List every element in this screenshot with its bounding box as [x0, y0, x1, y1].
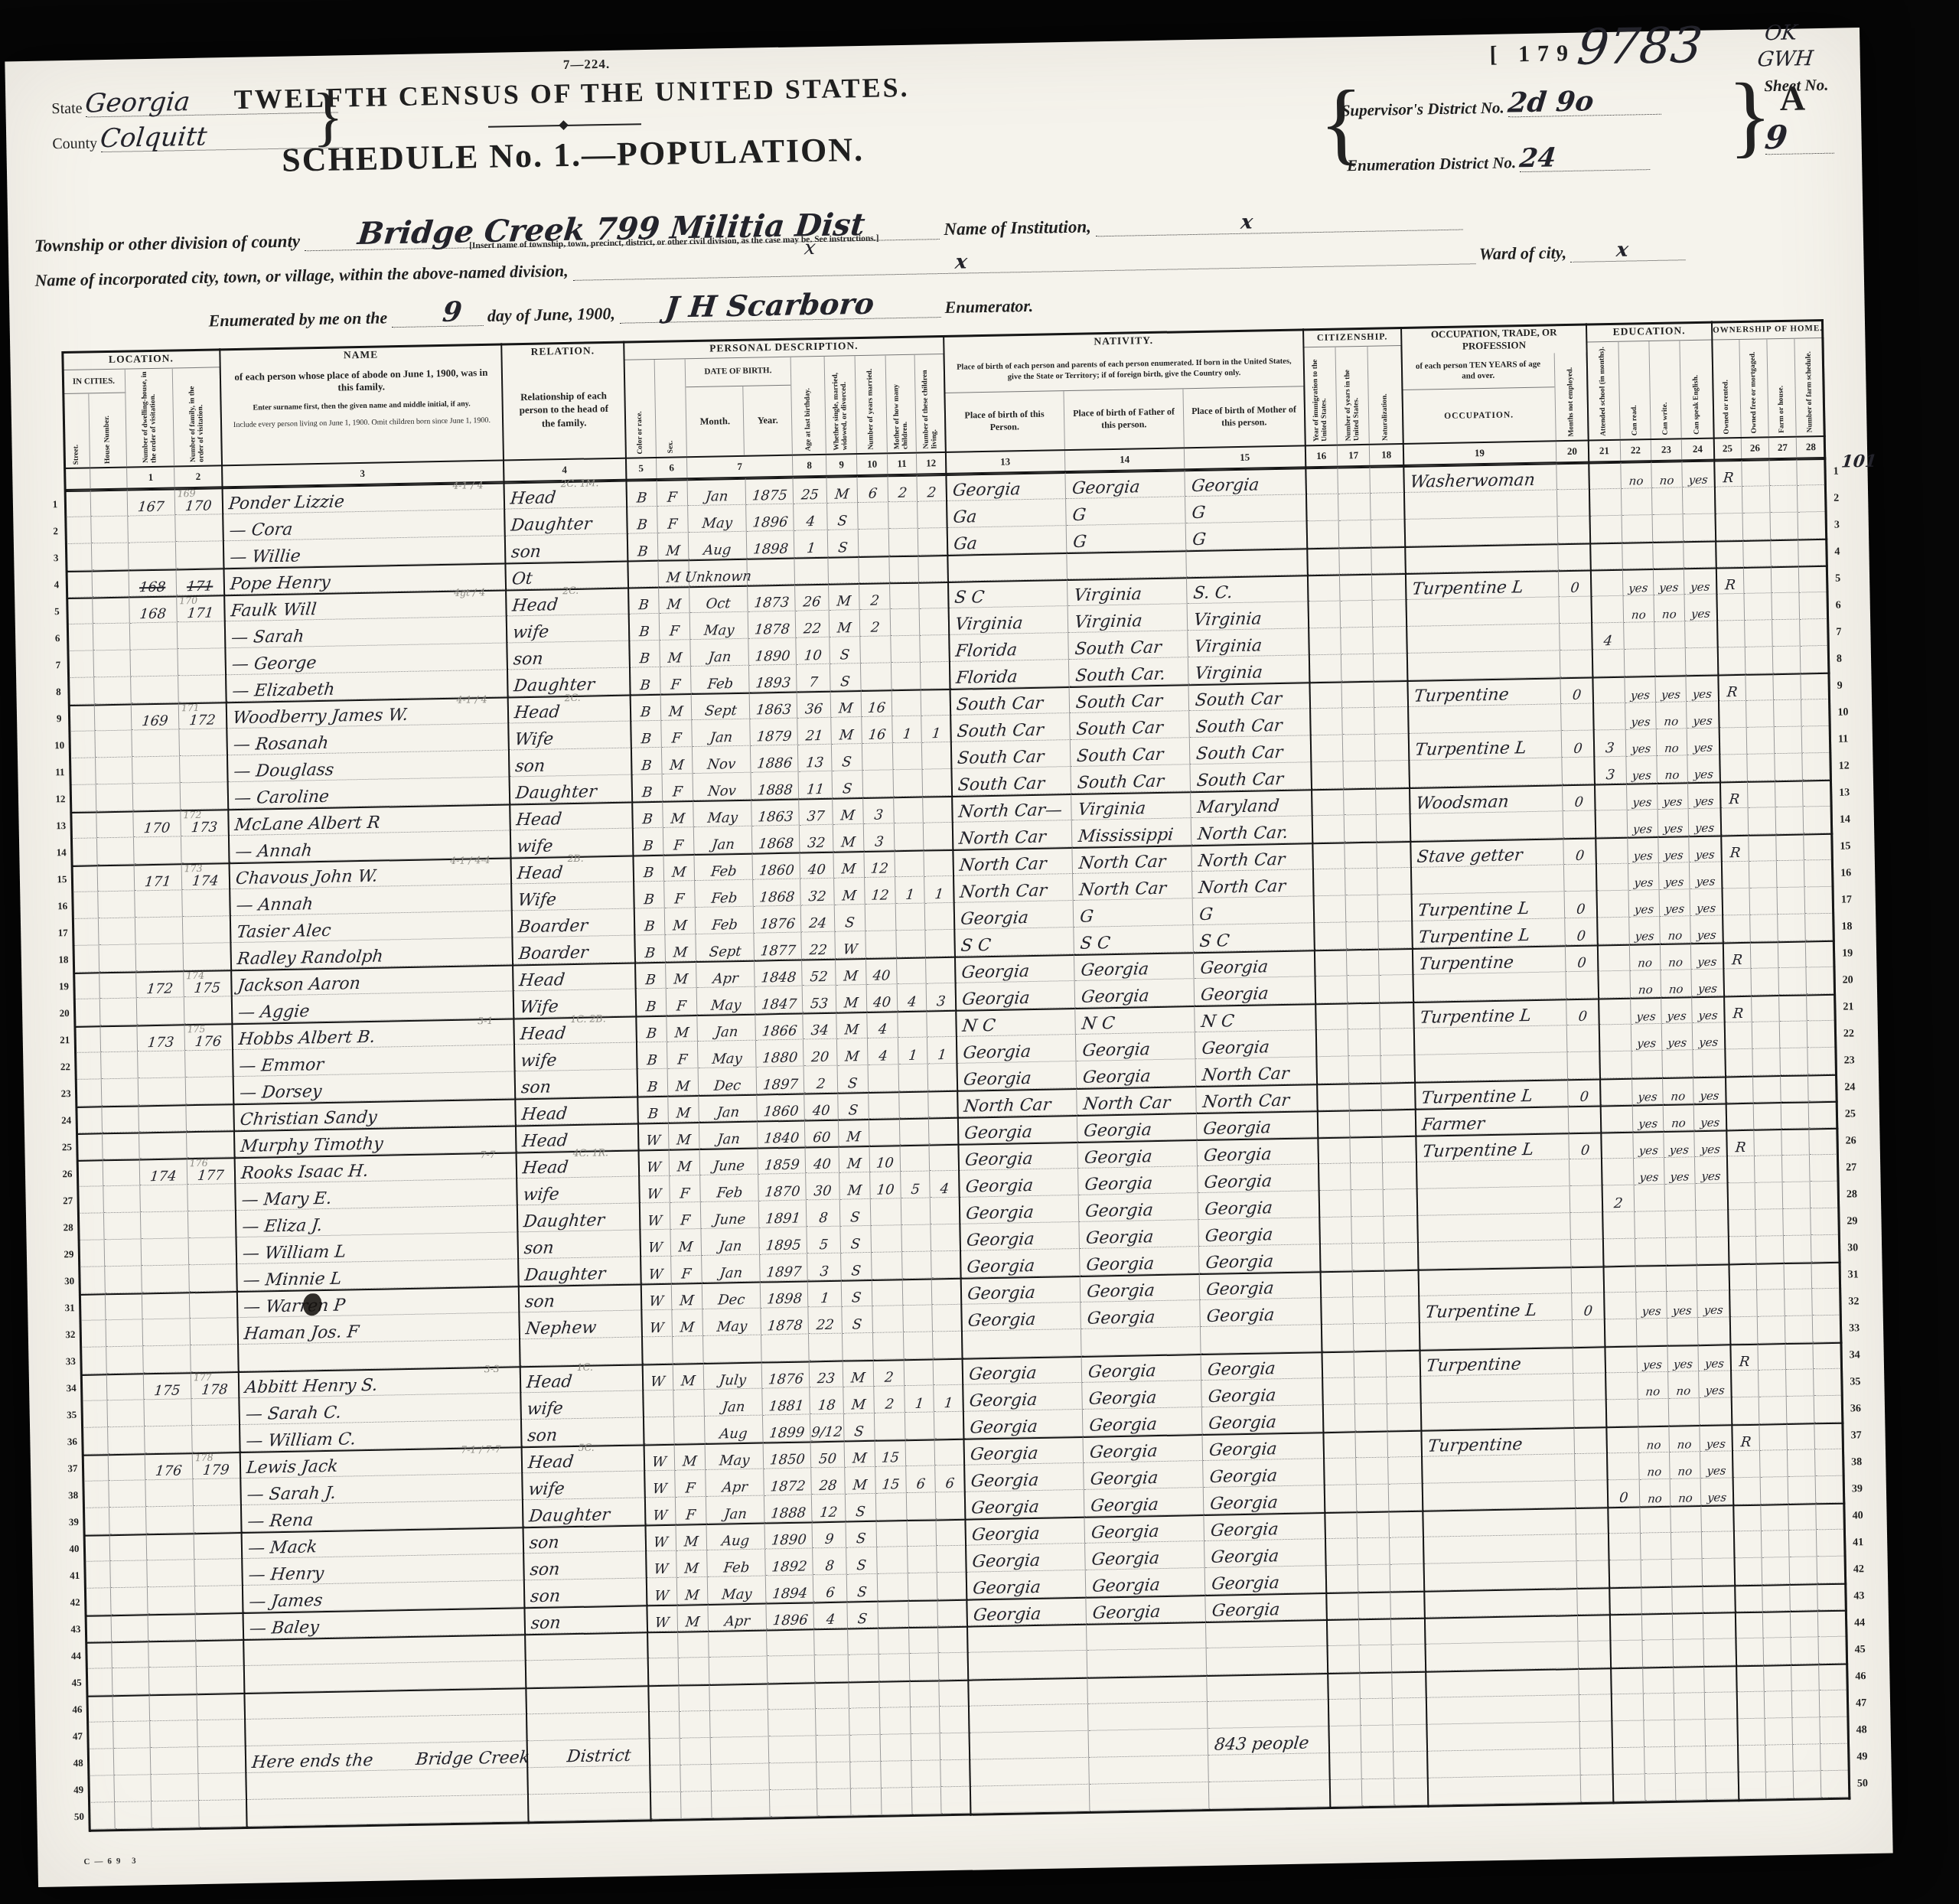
cell-owned-free-mortgaged	[1761, 1477, 1789, 1505]
cell-attended-school	[1602, 1159, 1635, 1186]
cell-sex: M	[673, 1363, 705, 1391]
cell-owned-rented: R	[1724, 996, 1752, 1023]
cell-can-speak-english: yes	[1699, 1371, 1732, 1398]
cell-birthplace-father: Georgia	[1084, 1488, 1204, 1517]
cell-birthplace-mother: Georgia	[1201, 1351, 1323, 1381]
cell-years-in-us	[1338, 494, 1371, 521]
cell-months-not-employed: 0	[1572, 1293, 1605, 1320]
cell-birth-month: Apr	[708, 1603, 767, 1631]
cell-can-read	[1635, 1185, 1666, 1212]
column-number: 1	[127, 467, 174, 487]
cell-farm-house	[1773, 673, 1801, 701]
row-number-right: 21	[1836, 993, 1863, 1021]
cell-can-write	[1662, 1050, 1693, 1078]
cell-birthplace-father: Georgia	[1076, 1032, 1196, 1061]
cell-can-read: yes	[1625, 676, 1656, 703]
cell-years-married: 3	[864, 823, 895, 851]
cell-street	[65, 490, 92, 517]
cell-farm-schedule	[1799, 566, 1829, 593]
cell-sex: M	[658, 533, 689, 560]
cell-birth-year: 1896	[746, 504, 794, 532]
row-number-left: 45	[67, 1669, 87, 1696]
cell-owned-free-mortgaged	[1756, 1236, 1785, 1263]
cell-birthplace-mother: Georgia	[1198, 1164, 1319, 1193]
cell-months-not-employed: 0	[1565, 918, 1598, 945]
cell-immigration-year	[1313, 869, 1346, 896]
cell-children-living	[939, 1680, 969, 1707]
cell-owned-free-mortgaged	[1746, 700, 1775, 728]
cell-can-write: yes	[1659, 862, 1690, 890]
cell-can-read: yes	[1623, 569, 1654, 596]
cell-months-not-employed: 0	[1560, 677, 1593, 705]
pencil-note: 1C. 2B.	[570, 1012, 605, 1025]
cell-street	[67, 597, 93, 624]
cell-sex: F	[657, 506, 689, 533]
cell-birthplace-person: South Car	[950, 713, 1071, 742]
cell-farm-house	[1783, 1208, 1811, 1236]
cell-years-married	[871, 1198, 902, 1226]
cell-dwelling-number	[131, 676, 179, 703]
cell-immigration-year	[1318, 1136, 1351, 1164]
cell-birthplace-mother: Georgia	[1200, 1271, 1322, 1300]
cell-can-write	[1676, 1773, 1707, 1801]
cell-months-not-employed	[1580, 1748, 1613, 1775]
cell-age: 2	[804, 1066, 839, 1094]
cell-months-not-employed	[1567, 1051, 1600, 1079]
row-number-right: 50	[1850, 1770, 1877, 1798]
cell-can-read: yes	[1631, 997, 1662, 1025]
row-number-right: 48	[1849, 1717, 1876, 1744]
cell-marital-status: S	[846, 1494, 877, 1521]
cell-birth-month: June	[700, 1148, 759, 1175]
cell-naturalization	[1392, 1645, 1426, 1672]
cell-can-write: no	[1656, 702, 1687, 729]
cell-birth-year: 1888	[764, 1495, 813, 1522]
cell-children-living	[938, 1626, 968, 1654]
cell-years-married: 6	[857, 475, 888, 503]
cell-occupation	[1411, 865, 1565, 895]
cell-birth-year: 1890	[764, 1521, 813, 1549]
cell-farm-house	[1775, 781, 1804, 808]
cell-mother-of-children: 1	[892, 716, 922, 744]
cell-naturalization	[1389, 1484, 1423, 1511]
cell-birth-month: Jan	[702, 1255, 761, 1283]
cell-can-read: yes	[1628, 863, 1660, 891]
cell-owned-free-mortgaged	[1759, 1370, 1787, 1397]
cell-birth-month: May	[688, 505, 747, 533]
cell-sex: F	[676, 1497, 707, 1524]
cell-farm-schedule	[1821, 1771, 1851, 1798]
cell-can-speak-english: yes	[1689, 835, 1722, 862]
cell-farm-schedule	[1820, 1717, 1850, 1745]
cell-years-in-us	[1345, 815, 1377, 843]
cell-dwelling-number	[134, 836, 182, 864]
cell-children-living	[937, 1573, 967, 1600]
cell-can-read: yes	[1631, 1024, 1663, 1051]
row-number-left: 25	[57, 1133, 77, 1160]
row-number-right: 41	[1846, 1529, 1873, 1557]
cell-owned-rented	[1716, 513, 1744, 541]
row-number-left: 5	[47, 598, 67, 624]
cell-children-living	[922, 742, 952, 770]
cell-mother-of-children	[908, 1573, 938, 1600]
cell-attended-school	[1609, 1587, 1642, 1615]
row-number-right: 42	[1847, 1556, 1873, 1583]
cell-farm-house	[1778, 967, 1807, 995]
cell-sex	[680, 1738, 712, 1765]
cell-farm-house	[1778, 887, 1806, 915]
cell-farm-schedule	[1798, 485, 1827, 513]
cell-can-write	[1667, 1318, 1699, 1345]
cell-children-living	[931, 1198, 960, 1225]
cell-family-number	[197, 1693, 245, 1720]
county-value: Colquitt	[99, 124, 208, 152]
cell-farm-schedule	[1805, 887, 1835, 915]
cell-years-in-us	[1357, 1511, 1390, 1539]
cell-marital-status: M	[843, 1360, 875, 1387]
cell-birth-year: 1895	[759, 1227, 807, 1254]
cell-occupation	[1414, 1052, 1568, 1082]
cell-can-read	[1622, 515, 1654, 543]
cell-age: 50	[811, 1441, 846, 1469]
cell-birth-month: Jan	[687, 478, 746, 506]
cell-owned-free-mortgaged	[1758, 1343, 1786, 1371]
cell-family-number	[176, 541, 224, 569]
cell-farm-schedule	[1815, 1449, 1845, 1477]
cell-mother-of-children	[891, 663, 921, 690]
cell-relation: Wife	[511, 882, 634, 911]
pencil-note: 176	[190, 1157, 208, 1169]
cell-months-not-employed: 0	[1562, 731, 1595, 758]
column-number: 12	[917, 453, 946, 474]
cell-farm-house	[1788, 1503, 1817, 1531]
cell-attended-school	[1607, 1453, 1640, 1481]
cell-can-read: no	[1639, 1452, 1671, 1480]
cell-years-in-us	[1339, 547, 1372, 575]
cell-immigration-year	[1318, 1163, 1351, 1191]
cell-owned-free-mortgaged	[1764, 1664, 1792, 1692]
cell-family-number	[198, 1773, 246, 1801]
cell-street	[77, 1133, 103, 1160]
cell-birthplace-mother: Georgia	[1202, 1432, 1324, 1461]
cell-house-number	[101, 1051, 139, 1079]
cell-age: 3	[807, 1254, 842, 1281]
cell-owned-rented	[1722, 862, 1750, 889]
row-number-right: 47	[1849, 1690, 1876, 1717]
cell-mother-of-children	[905, 1412, 935, 1439]
cell-marital-status: S	[846, 1547, 878, 1575]
cell-children-living: 1	[927, 1037, 957, 1064]
cell-mother-of-children	[893, 743, 923, 771]
cell-attended-school	[1592, 650, 1625, 677]
cell-birthplace-person: Georgia	[954, 901, 1074, 930]
cell-house-number	[100, 998, 138, 1025]
cell-immigration-year	[1319, 1190, 1352, 1218]
cell-can-write: no	[1657, 755, 1688, 783]
cell-naturalization	[1393, 1752, 1428, 1779]
row-number-left: 23	[56, 1080, 77, 1107]
cell-occupation	[1407, 597, 1560, 627]
cell-family-number: 178177	[191, 1371, 240, 1399]
cell-dwelling-number	[140, 1185, 188, 1212]
cell-color-race	[649, 1712, 680, 1739]
cell-birthplace-person: Georgia	[946, 472, 1066, 501]
cell-dwelling-number	[135, 917, 184, 944]
column-dwelling: Number of dwelling-house, in the order o…	[125, 368, 174, 466]
column-can-write: Can write.	[1649, 341, 1681, 439]
cell-birth-month: Feb	[695, 880, 754, 908]
cell-immigration-year	[1322, 1351, 1355, 1378]
cell-attended-school	[1611, 1641, 1644, 1668]
cell-sex	[679, 1658, 710, 1685]
row-number-right: 34	[1842, 1342, 1869, 1369]
cell-family-number	[181, 782, 229, 810]
cell-occupation	[1405, 517, 1559, 546]
cell-birthplace-mother: Georgia	[1195, 1030, 1317, 1059]
cell-sex: M	[677, 1604, 709, 1632]
group-name: NAME of each person whose place of abode…	[220, 344, 504, 465]
cell-marital-status: M	[845, 1440, 876, 1468]
cell-street	[67, 650, 94, 678]
cell-marital-status: M	[831, 690, 862, 718]
cell-naturalization	[1386, 1323, 1420, 1351]
cell-sex	[674, 1417, 706, 1444]
cell-color-race: B	[629, 641, 660, 668]
sheet-label: Sheet No.	[1764, 76, 1828, 96]
cell-dwelling-number	[147, 1533, 195, 1560]
cell-birth-month: Dec	[699, 1068, 758, 1095]
cell-farm-schedule	[1813, 1342, 1843, 1370]
cell-attended-school	[1606, 1426, 1639, 1454]
cell-family-number: 175174	[184, 970, 232, 997]
cell-occupation	[1413, 972, 1567, 1002]
cell-birthplace-mother: Georgia	[1203, 1459, 1325, 1488]
cell-house-number	[109, 1453, 146, 1481]
pencil-note: 4gt / 4	[454, 586, 485, 598]
cell-mother-of-children	[909, 1626, 939, 1654]
cell-mother-of-children	[901, 1224, 931, 1252]
cell-birth-year: 1868	[753, 879, 801, 907]
cell-house-number	[98, 891, 135, 918]
cell-immigration-year	[1305, 468, 1338, 495]
cell-sex: F	[663, 827, 695, 855]
cell-marital-status: M	[836, 985, 868, 1012]
cell-attended-school	[1608, 1507, 1641, 1534]
row-number-left: 1	[45, 491, 66, 517]
cell-can-read	[1622, 488, 1653, 516]
cell-months-not-employed	[1566, 971, 1599, 999]
cell-can-read: yes	[1627, 783, 1658, 810]
cell-can-read: no	[1623, 595, 1654, 623]
cell-immigration-year	[1322, 1324, 1354, 1351]
cell-age: 25	[793, 477, 827, 504]
cell-mother-of-children	[897, 957, 927, 985]
cell-birth-month: Dec	[702, 1282, 761, 1309]
cell-months-not-employed: 0	[1563, 837, 1596, 865]
cell-marital-status: S	[840, 1199, 872, 1227]
cell-farm-house	[1776, 807, 1804, 835]
cell-birthplace-father: Georgia	[1074, 952, 1195, 981]
cell-sex: M	[663, 854, 695, 882]
cell-farm-house	[1791, 1664, 1820, 1691]
cell-years-in-us	[1346, 922, 1379, 950]
cell-marital-status	[849, 1655, 880, 1682]
row-number-left: 7	[47, 651, 68, 678]
cell-can-read	[1644, 1747, 1676, 1775]
cell-birth-year: 1896	[766, 1602, 814, 1629]
cell-can-speak-english: yes	[1695, 1156, 1728, 1184]
row-number-right: 8	[1830, 645, 1856, 673]
cell-owned-free-mortgaged	[1744, 566, 1772, 594]
cell-naturalization	[1385, 1296, 1420, 1324]
cell-sex	[680, 1711, 711, 1739]
cell-color-race: W	[647, 1578, 678, 1606]
cell-birth-month: Feb	[700, 1175, 759, 1202]
row-number-left: 21	[54, 1026, 75, 1053]
cell-color-race: W	[646, 1551, 677, 1579]
cell-age: 52	[802, 959, 836, 986]
cell-relation: Head4C. 1R.	[517, 1149, 640, 1179]
cell-house-number	[107, 1373, 145, 1400]
cell-mother-of-children	[896, 904, 926, 931]
margin-note: 101	[1840, 453, 1877, 471]
row-number-left: 39	[64, 1508, 84, 1535]
cell-mother-of-children	[891, 636, 921, 663]
cell-occupation	[1421, 1400, 1575, 1430]
cell-age: 40	[800, 852, 834, 879]
cell-owned-rented	[1723, 969, 1752, 996]
row-number-left: 44	[66, 1642, 86, 1669]
column-number: 20	[1556, 442, 1589, 462]
cell-months-not-employed	[1560, 597, 1592, 624]
cell-occupation: Turpentine	[1421, 1427, 1575, 1457]
cell-years-in-us	[1348, 976, 1380, 1003]
cell-owned-rented	[1729, 1237, 1757, 1264]
cell-years-married: 2	[859, 582, 891, 610]
cell-owned-free-mortgaged	[1750, 915, 1778, 942]
cell-birth-month: Unknown	[689, 559, 748, 586]
township-label: Township or other division of county	[34, 231, 301, 255]
column-number: 16	[1305, 446, 1338, 467]
cell-years-in-us	[1342, 708, 1375, 735]
cell-birthplace-person: Georgia	[964, 1436, 1084, 1465]
cell-years-in-us	[1360, 1672, 1393, 1700]
cell-immigration-year	[1329, 1752, 1362, 1780]
cell-family-number	[188, 1211, 236, 1238]
cell-months-not-employed: 0	[1566, 944, 1599, 972]
cell-family-number	[184, 943, 232, 970]
cell-sex: M	[670, 1229, 702, 1257]
cell-immigration-year	[1321, 1270, 1354, 1298]
cell-dwelling-number: 171	[135, 863, 183, 891]
cell-relation	[527, 1765, 650, 1795]
cell-birth-month: Jan	[699, 1094, 758, 1122]
row-number-right: 31	[1840, 1261, 1867, 1289]
cell-immigration-year	[1312, 816, 1345, 843]
cell-sex: F	[660, 613, 691, 641]
cell-farm-house	[1780, 1048, 1808, 1075]
column-number: 15	[1185, 446, 1305, 468]
cell-birth-year: 1859	[758, 1146, 807, 1174]
cell-farm-house	[1775, 754, 1803, 781]
cell-farm-schedule	[1803, 780, 1833, 807]
cell-mother-of-children	[894, 797, 924, 824]
cell-birth-year: 1866	[755, 1013, 803, 1041]
row-number-right: 37	[1843, 1422, 1870, 1449]
cell-owned-rented	[1736, 1665, 1765, 1693]
cell-years-in-us	[1361, 1726, 1393, 1753]
cell-farm-schedule	[1814, 1369, 1843, 1397]
cell-attended-school	[1605, 1319, 1638, 1347]
institution-label: Name of Institution,	[944, 217, 1091, 239]
cell-birth-year: 1876	[762, 1361, 810, 1388]
cell-attended-school: 0	[1608, 1480, 1641, 1508]
cell-owned-rented	[1733, 1505, 1762, 1532]
cell-birthplace-father: N C	[1075, 1006, 1195, 1035]
cell-can-write: no	[1671, 1479, 1702, 1506]
row-number-left: 38	[63, 1482, 83, 1508]
cell-years-married	[882, 1788, 913, 1815]
cell-children-living	[936, 1492, 966, 1520]
cell-naturalization	[1390, 1564, 1425, 1592]
cell-street	[70, 811, 97, 839]
cell-can-read	[1637, 1319, 1668, 1346]
cell-color-race: B	[629, 614, 660, 641]
cell-street	[83, 1481, 109, 1508]
cell-sex: M	[668, 1095, 699, 1123]
cell-can-write: yes	[1664, 1157, 1696, 1185]
cell-years-in-us	[1351, 1190, 1384, 1218]
cell-birthplace-mother: S. C.	[1187, 575, 1309, 604]
cell-birthplace-mother: Georgia	[1194, 950, 1315, 979]
cell-marital-status	[849, 1681, 880, 1709]
pencil-note: 175	[187, 1023, 205, 1035]
cell-occupation	[1408, 704, 1562, 734]
cell-marital-status: S	[832, 744, 863, 771]
cell-can-speak-english: yes	[1697, 1290, 1730, 1318]
handwritten-number: 9783	[1575, 21, 1705, 73]
cell-naturalization	[1388, 1457, 1423, 1485]
cell-relation: wife	[507, 615, 630, 644]
cell-owned-free-mortgaged	[1742, 486, 1771, 513]
cell-birth-year	[769, 1762, 817, 1790]
cell-months-not-employed: 0	[1569, 1132, 1602, 1159]
cell-owned-rented: R	[1726, 1130, 1755, 1157]
cell-years-married	[858, 502, 889, 530]
cell-family-number: 171	[177, 568, 225, 595]
cell-birthplace-father: South Car	[1068, 631, 1188, 660]
cell-farm-house	[1785, 1289, 1813, 1316]
cell-birthplace-father: South Car.	[1069, 657, 1189, 686]
cell-attended-school	[1602, 1212, 1635, 1240]
cell-house-number	[106, 1319, 144, 1347]
group-nativity: NATIVITY. Place of birth of each person …	[944, 328, 1305, 452]
cell-birthplace-person: North Car—	[952, 794, 1072, 823]
cell-dwelling-number	[128, 515, 176, 543]
cell-can-read	[1636, 1265, 1667, 1293]
cell-can-write	[1672, 1559, 1703, 1586]
cell-attended-school: 3	[1594, 757, 1627, 784]
cell-mother-of-children	[889, 556, 919, 583]
cell-mother-of-children	[907, 1519, 937, 1547]
cell-marital-status: S	[838, 1065, 869, 1093]
state-label: State	[51, 100, 82, 118]
cell-birth-year: 1863	[750, 692, 798, 719]
cell-years-married	[880, 1707, 911, 1735]
cell-years-in-us	[1361, 1752, 1394, 1780]
cell-birthplace-person: Georgia	[956, 981, 1076, 1010]
row-number-right: 30	[1840, 1234, 1867, 1262]
